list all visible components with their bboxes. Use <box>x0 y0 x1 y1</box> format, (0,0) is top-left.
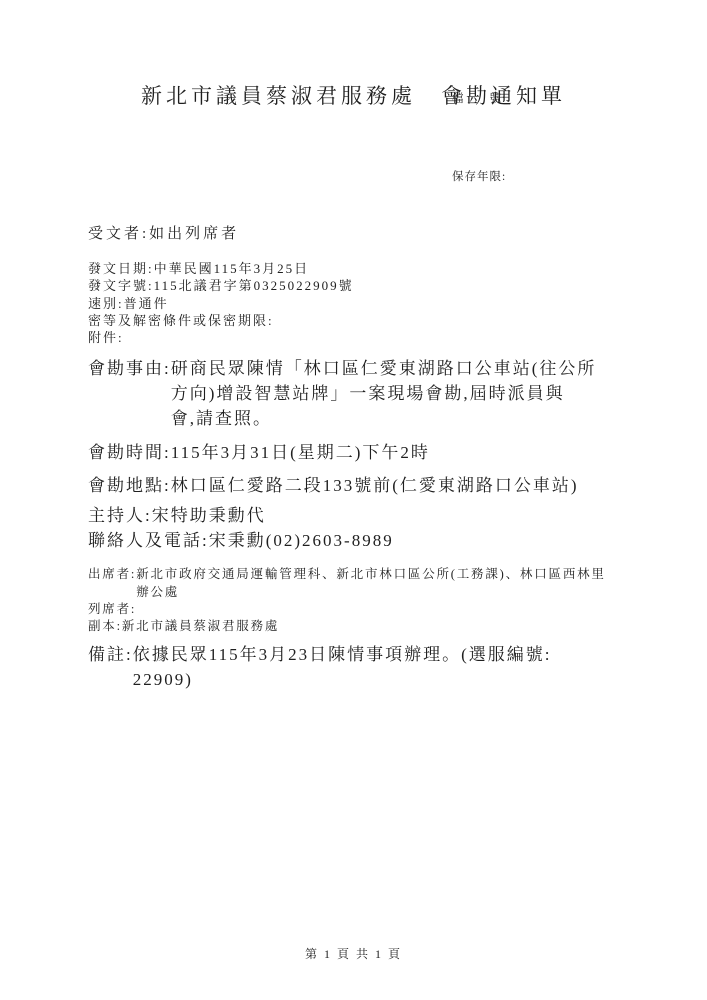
survey-location-label: 會勘地點: <box>88 473 171 498</box>
contact-label: 聯絡人及電話: <box>88 528 209 553</box>
chairperson-value: 宋特助秉勳代 <box>152 503 266 528</box>
meta-block: 發文日期:中華民國115年3月25日 發文字號:115北議君字第03250229… <box>88 260 628 346</box>
observer-row: 列席者: <box>88 601 628 618</box>
attachment-line: 附件: <box>88 329 628 346</box>
attendees-block: 出席者:新北市政府交通局運輸管理科、新北市林口區公所(工務課)、林口區西林里 辦… <box>88 566 628 635</box>
document-body: 受文者:如出列席者 發文日期:中華民國115年3月25日 發文字號:115北議君… <box>88 222 628 692</box>
remark-value: 依據民眾115年3月23日陳情事項辦理。(選服編號: 22909) <box>133 642 552 692</box>
survey-time-row: 會勘時間:115年3月31日(星期二)下午2時 <box>88 440 628 465</box>
survey-subject-row: 會勘事由:研商民眾陳情「林口區仁愛東湖路口公車站(往公所 方向)增設智慧站牌」一… <box>88 356 628 431</box>
cc-label: 副本: <box>88 618 122 635</box>
survey-subject-label: 會勘事由: <box>88 356 171 381</box>
recipient-line: 受文者:如出列席者 <box>88 222 628 243</box>
security-label: 密等及解密條件或保密期限: <box>88 313 274 328</box>
priority-line: 速別:普通件 <box>88 295 628 312</box>
attendee-value: 新北市政府交通局運輸管理科、新北市林口區公所(工務課)、林口區西林里 辦公處 <box>136 566 606 601</box>
remark-block: 備註:依據民眾115年3月23日陳情事項辦理。(選服編號: 22909) <box>88 642 628 692</box>
chairperson-row: 主持人:宋特助秉勳代 <box>88 503 628 528</box>
archive-stamp: 檔 號: 保存年限: <box>452 34 506 242</box>
page-number-footer: 第 1 頁 共 1 頁 <box>0 945 707 962</box>
remark-row: 備註:依據民眾115年3月23日陳情事項辦理。(選服編號: 22909) <box>88 642 628 692</box>
retention-period-label: 保存年限: <box>452 164 506 190</box>
contact-row: 聯絡人及電話:宋秉勳(02)2603-8989 <box>88 528 628 553</box>
issue-date-label: 發文日期: <box>88 261 154 276</box>
chairperson-label: 主持人: <box>88 503 152 528</box>
observer-label: 列席者: <box>88 601 136 618</box>
main-fields: 會勘事由:研商民眾陳情「林口區仁愛東湖路口公車站(往公所 方向)增設智慧站牌」一… <box>88 356 628 553</box>
doc-number-label: 發文字號: <box>88 278 154 293</box>
priority-label: 速別: <box>88 296 124 311</box>
survey-location-row: 會勘地點:林口區仁愛路二段133號前(仁愛東湖路口公車站) <box>88 473 628 498</box>
document-page: 檔 號: 保存年限: 新北市議員蔡淑君服務處 會勘通知單 受文者:如出列席者 發… <box>0 0 707 1000</box>
cc-value: 新北市議員蔡淑君服務處 <box>122 618 279 635</box>
cc-row: 副本:新北市議員蔡淑君服務處 <box>88 618 628 635</box>
survey-location-value: 林口區仁愛路二段133號前(仁愛東湖路口公車站) <box>171 473 579 498</box>
document-title: 新北市議員蔡淑君服務處 會勘通知單 <box>0 80 707 110</box>
recipient-value: 如出列席者 <box>149 226 239 242</box>
issue-date-line: 發文日期:中華民國115年3月25日 <box>88 260 628 277</box>
contact-value: 宋秉勳(02)2603-8989 <box>209 528 394 553</box>
survey-time-value: 115年3月31日(星期二)下午2時 <box>171 440 430 465</box>
remark-label: 備註: <box>88 642 133 667</box>
issue-date-value: 中華民國115年3月25日 <box>154 261 310 276</box>
attachment-label: 附件: <box>88 330 124 345</box>
doc-number-value: 115北議君字第0325022909號 <box>154 278 354 293</box>
survey-time-label: 會勘時間: <box>88 440 171 465</box>
attendee-row: 出席者:新北市政府交通局運輸管理科、新北市林口區公所(工務課)、林口區西林里 辦… <box>88 566 628 601</box>
priority-value: 普通件 <box>124 296 169 311</box>
security-line: 密等及解密條件或保密期限: <box>88 312 628 329</box>
doc-number-line: 發文字號:115北議君字第0325022909號 <box>88 277 628 294</box>
recipient-label: 受文者: <box>88 226 149 242</box>
survey-subject-value: 研商民眾陳情「林口區仁愛東湖路口公車站(往公所 方向)增設智慧站牌」一案現場會勘… <box>171 356 597 431</box>
attendee-label: 出席者: <box>88 566 136 583</box>
